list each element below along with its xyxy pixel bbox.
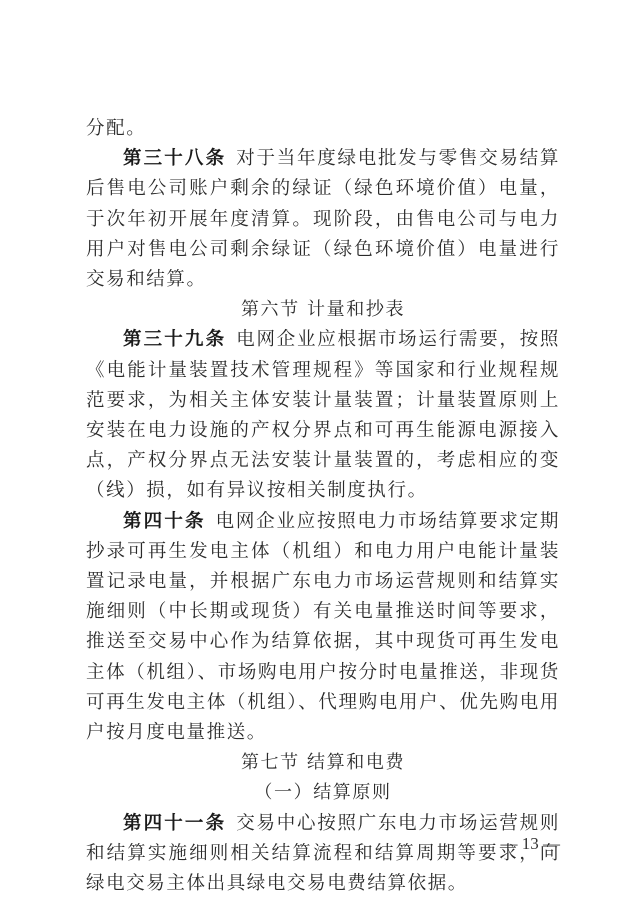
- section-heading-7: 第七节 结算和电费: [86, 748, 560, 778]
- page-number: — 13 —: [0, 834, 640, 854]
- article-40: 第四十条电网企业应按照电力市场结算要求定期抄录可再生发电主体（机组）和电力用户电…: [86, 507, 560, 749]
- article-label: 第四十一条: [123, 813, 226, 834]
- article-39: 第三十九条电网企业应根据市场运行需要，按照《电能计量装置技术管理规程》等国家和行…: [86, 325, 560, 506]
- article-label: 第三十九条: [123, 329, 226, 350]
- article-38: 第三十八条对于当年度绿电批发与零售交易结算后售电公司账户剩余的绿证（绿色环境价值…: [86, 144, 560, 295]
- paragraph-text: 分配。: [86, 118, 146, 139]
- article-label: 第三十八条: [123, 148, 226, 169]
- article-text: 电网企业应根据市场运行需要，按照《电能计量装置技术管理规程》等国家和行业规程规范…: [86, 329, 560, 501]
- article-text: 电网企业应按照电力市场结算要求定期抄录可再生发电主体（机组）和电力用户电能计量装…: [86, 511, 560, 743]
- paragraph-continuation: 分配。: [86, 114, 560, 144]
- subsection-heading: （一）结算原则: [86, 778, 560, 808]
- section-heading-6: 第六节 计量和抄表: [86, 295, 560, 325]
- document-page: 分配。 第三十八条对于当年度绿电批发与零售交易结算后售电公司账户剩余的绿证（绿色…: [86, 114, 560, 899]
- article-text: 对于当年度绿电批发与零售交易结算后售电公司账户剩余的绿证（绿色环境价值）电量，于…: [86, 148, 560, 290]
- article-label: 第四十条: [123, 511, 206, 532]
